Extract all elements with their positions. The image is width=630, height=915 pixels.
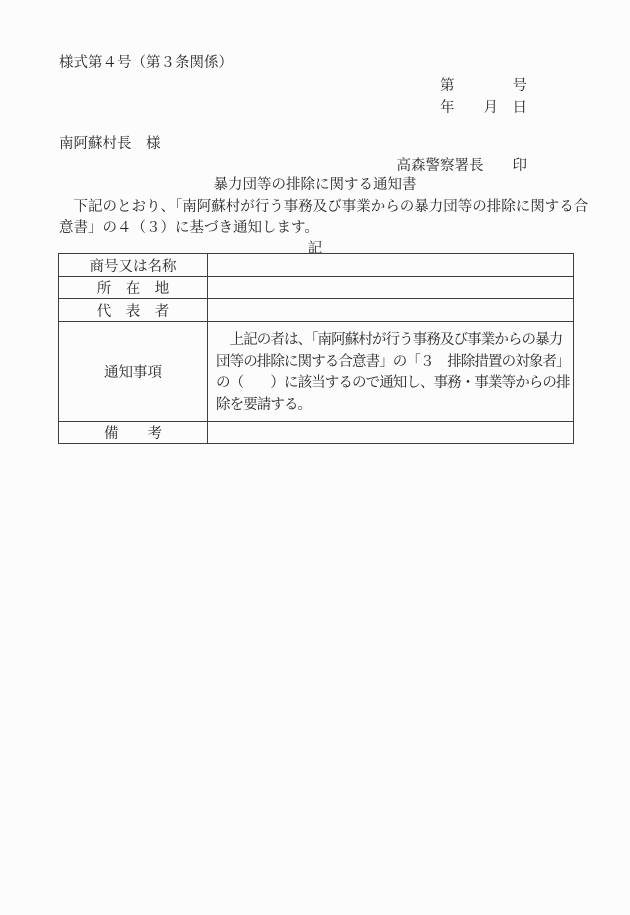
addressee-line: 南阿蘇村長 様 bbox=[59, 136, 161, 152]
table-row-company-name: 商号又は名称 bbox=[59, 254, 574, 277]
document-title: 暴力団等の排除に関する通知書 bbox=[0, 177, 630, 193]
row-value-remarks bbox=[208, 422, 574, 444]
notification-text-line-1: 上記の者は、「南阿蘇村が行う事務及び事業からの暴力 bbox=[216, 330, 565, 352]
notification-text-line-3: の（ ）に該当するので通知し、事務・事業等からの排 bbox=[216, 373, 565, 395]
table-row-remarks: 備 考 bbox=[59, 422, 574, 444]
row-label-address: 所 在 地 bbox=[59, 277, 208, 299]
document-page: 様式第４号（第３条関係） 第 号 年 月 日 南阿蘇村長 様 高森警察署長 印 … bbox=[0, 0, 630, 915]
form-number: 様式第４号（第３条関係） bbox=[59, 55, 233, 71]
table-row-notification-matters: 通知事項 上記の者は、「南阿蘇村が行う事務及び事業からの暴力 団等の排除に関する… bbox=[59, 322, 574, 422]
intro-paragraph-line-2: 意書」の４（３）に基づき通知します。 bbox=[59, 220, 319, 236]
row-label-notification-matters: 通知事項 bbox=[59, 322, 208, 422]
sender-signature-line: 高森警察署長 印 bbox=[397, 158, 528, 174]
row-value-representative bbox=[208, 299, 574, 322]
table-row-representative: 代 表 者 bbox=[59, 299, 574, 322]
row-label-company-name: 商号又は名称 bbox=[59, 254, 208, 277]
notification-text-line-4: 除を要請する。 bbox=[216, 395, 565, 417]
notification-table: 商号又は名称 所 在 地 代 表 者 通知事項 上記の者は、「南阿蘇村が行う事務… bbox=[58, 253, 574, 444]
row-value-notification-matters: 上記の者は、「南阿蘇村が行う事務及び事業からの暴力 団等の排除に関する合意書」の… bbox=[208, 322, 574, 422]
row-label-representative: 代 表 者 bbox=[59, 299, 208, 322]
date-line: 年 月 日 bbox=[440, 100, 527, 116]
intro-paragraph-line-1: 下記のとおり、「南阿蘇村が行う事務及び事業からの暴力団等の排除に関する合 bbox=[59, 199, 588, 215]
row-value-address bbox=[208, 277, 574, 299]
notification-text-line-2: 団等の排除に関する合意書」の「３ 排除措置の対象者」 bbox=[216, 352, 565, 374]
document-number-line: 第 号 bbox=[440, 78, 527, 94]
table-row-address: 所 在 地 bbox=[59, 277, 574, 299]
row-label-remarks: 備 考 bbox=[59, 422, 208, 444]
row-value-company-name bbox=[208, 254, 574, 277]
